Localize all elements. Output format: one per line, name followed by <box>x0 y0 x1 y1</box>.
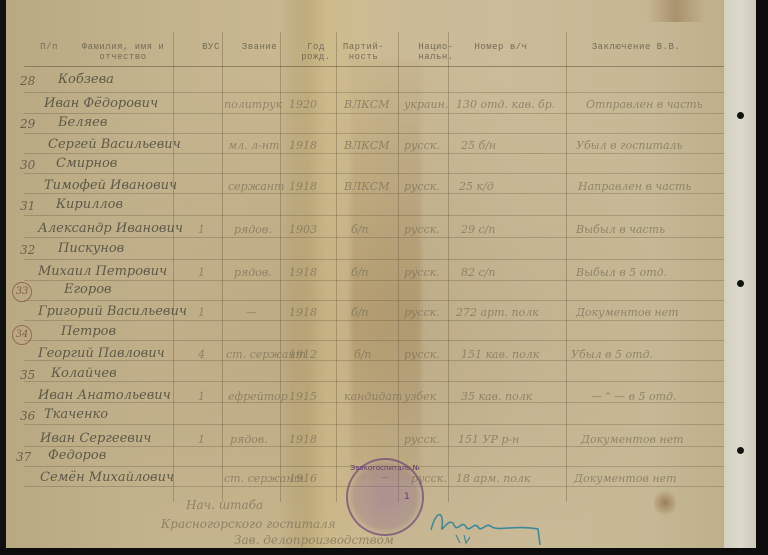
signature <box>426 505 546 545</box>
row-party: ВЛКСМ <box>344 139 389 152</box>
row-vus: 1 <box>198 433 205 446</box>
row-reason: Убыл в 5 отд. <box>571 348 653 361</box>
row-vus: 4 <box>198 348 205 361</box>
row-nationality: русск. <box>404 433 440 446</box>
row-reason: Отправлен в часть <box>586 98 703 111</box>
row-number: 30 <box>20 158 35 172</box>
row-party: б/п <box>351 223 369 236</box>
row-reason: Документов нет <box>574 472 677 485</box>
row-nationality: узбек <box>404 390 436 403</box>
scan-border-bottom <box>0 548 768 555</box>
row-surname: Кириллов <box>56 197 123 212</box>
row-number: 32 <box>20 243 35 257</box>
row-year: 1903 <box>289 223 317 236</box>
row-nationality: русск. <box>404 180 440 193</box>
row-reason: Выбыл в 5 отд. <box>576 266 667 279</box>
row-year: 1918 <box>289 266 317 279</box>
scan-border-left <box>0 0 6 555</box>
row-surname: Петров <box>61 324 116 339</box>
header-reason: Заключение В.В. <box>581 42 691 52</box>
row-surname: Кобзева <box>58 72 114 87</box>
row-number: 29 <box>20 117 35 131</box>
row-year: 1912 <box>289 348 317 361</box>
row-given-name: Семён Михайлович <box>40 470 174 485</box>
header-unit: Номер в/ч <box>466 42 536 52</box>
stamp-number: 1 <box>404 492 410 502</box>
row-nationality: украин. <box>404 98 448 111</box>
row-year: 1918 <box>289 433 317 446</box>
row-reason: Направлен в часть <box>578 180 691 193</box>
row-unit: 151 кав. полк <box>461 348 539 361</box>
row-rank: — <box>246 306 257 319</box>
row-vus: 1 <box>198 306 205 319</box>
footer-line-1: Нач. штаба <box>186 498 263 512</box>
row-rank: рядов. <box>234 266 272 279</box>
row-surname: Егоров <box>64 282 112 297</box>
row-rank: ефрейтор <box>228 390 288 403</box>
row-surname: Пискунов <box>58 241 124 256</box>
row-party: ВЛКСМ <box>344 98 389 111</box>
row-number: 28 <box>20 74 35 88</box>
row-surname: Федоров <box>48 448 106 463</box>
row-year: 1918 <box>289 180 317 193</box>
row-reason: Документов нет <box>581 433 684 446</box>
row-nationality: русск. <box>404 266 440 279</box>
row-number: 37 <box>16 450 31 464</box>
row-given-name: Сергей Васильевич <box>48 137 181 152</box>
row-year: 1920 <box>289 98 317 111</box>
row-unit: 82 с/п <box>461 266 495 279</box>
row-year: 1916 <box>289 472 317 485</box>
row-rank: политрук <box>224 98 282 111</box>
row-number: 36 <box>20 409 35 423</box>
circled-row-number: 33 <box>12 282 32 302</box>
header-year: Год рожд. <box>296 42 336 62</box>
footer-line-3: Зав. делопроизводством <box>234 533 394 547</box>
row-year: 1915 <box>289 390 317 403</box>
header-nationality: Нацио- нальн. <box>411 42 461 62</box>
row-year: 1918 <box>289 306 317 319</box>
row-surname: Беляев <box>58 115 107 130</box>
row-unit: 151 УР р-н <box>458 433 519 446</box>
torn-edge <box>646 0 706 22</box>
header-num: П/п <box>34 42 64 52</box>
punch-hole <box>737 280 744 287</box>
row-reason: Документов нет <box>576 306 679 319</box>
row-vus: 1 <box>198 223 205 236</box>
row-vus: 1 <box>198 266 205 279</box>
row-surname: Ткаченко <box>44 407 108 422</box>
row-surname: Колайчев <box>51 366 117 381</box>
row-reason: — " — в 5 отд. <box>591 390 676 403</box>
row-party: б/п <box>351 266 369 279</box>
row-unit: 130 отд. кав. бр. <box>456 98 555 111</box>
row-vus: 1 <box>198 390 205 403</box>
row-unit: 272 арт. полк <box>456 306 539 319</box>
official-stamp: Эвакогоспиталь № ... 1 <box>346 458 424 536</box>
row-party: кандидат <box>344 390 402 403</box>
row-given-name: Тимофей Иванович <box>44 178 177 193</box>
footer-line-2: Красногорского госпиталя <box>161 517 336 531</box>
scan-margin <box>724 0 756 548</box>
row-nationality: русск. <box>404 223 440 236</box>
row-number: 35 <box>20 368 35 382</box>
row-party: б/п <box>351 306 369 319</box>
scan-border-right <box>756 0 768 555</box>
row-year: 1918 <box>289 139 317 152</box>
row-given-name: Иван Сергеевич <box>40 431 151 446</box>
document-page: П/п Фамилия, имя и отчество ВУС Звание Г… <box>6 0 725 548</box>
row-rank: мл. л-нт <box>228 139 280 152</box>
row-reason: Выбыл в часть <box>576 223 665 236</box>
row-unit: 35 кав. полк <box>461 390 532 403</box>
header-party: Партий- ность <box>341 42 386 62</box>
row-nationality: русск. <box>404 348 440 361</box>
row-party: ВЛКСМ <box>344 180 389 193</box>
row-given-name: Георгий Павлович <box>38 346 165 361</box>
row-nationality: русск. <box>404 139 440 152</box>
row-number: 31 <box>20 199 35 213</box>
row-given-name: Григорий Васильевич <box>38 304 187 319</box>
row-unit: 18 арм. полк <box>456 472 531 485</box>
row-given-name: Александр Иванович <box>38 221 183 236</box>
row-reason: Убыл в госпиталь <box>576 139 683 152</box>
row-given-name: Иван Фёдорович <box>44 96 158 111</box>
header-rank: Звание <box>232 42 287 52</box>
circled-row-number: 34 <box>12 325 32 345</box>
header-name: Фамилия, имя и отчество <box>68 42 178 62</box>
stamp-text: Эвакогоспиталь № ... <box>348 464 422 480</box>
row-unit: 25 б/н <box>461 139 496 152</box>
row-rank: рядов. <box>234 223 272 236</box>
row-surname: Смирнов <box>56 156 117 171</box>
row-given-name: Иван Анатольевич <box>38 388 171 403</box>
row-given-name: Михаил Петрович <box>38 264 167 279</box>
punch-hole <box>737 447 744 454</box>
row-party: б/п <box>354 348 372 361</box>
ink-stain <box>654 488 676 518</box>
row-rank: сержант <box>228 180 284 193</box>
row-rank: рядов. <box>230 433 268 446</box>
row-unit: 25 к/д <box>459 180 494 193</box>
row-nationality: русск. <box>404 306 440 319</box>
punch-hole <box>737 112 744 119</box>
row-unit: 29 с/п <box>461 223 495 236</box>
